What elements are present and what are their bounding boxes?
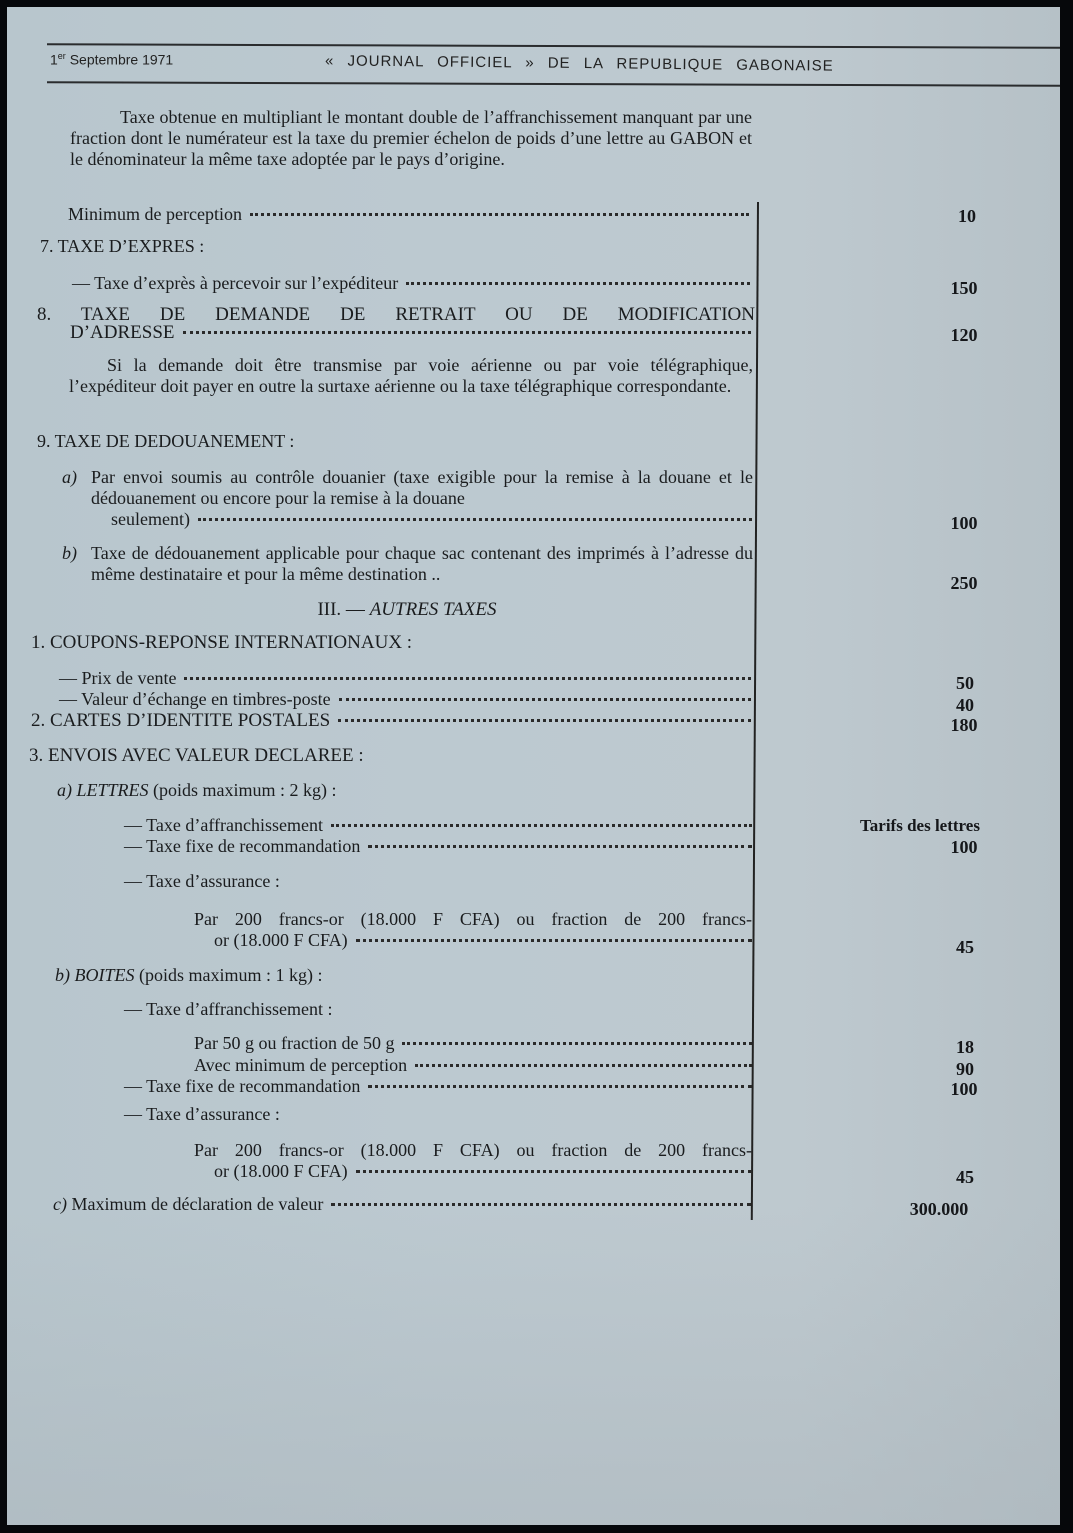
lettres-assurance-value: 45 bbox=[885, 937, 1045, 958]
date-month-year: Septembre 1971 bbox=[66, 52, 173, 68]
lettres-marker: a) bbox=[57, 780, 72, 800]
boites-heading: b) BOITES (poids maximum : 1 kg) : bbox=[55, 965, 323, 986]
lettres-heading: a) LETTRES (poids maximum : 2 kg) : bbox=[57, 780, 337, 801]
header-date: 1er Septembre 1971 bbox=[50, 51, 173, 68]
lettres-weight: (poids maximum : 2 kg) : bbox=[149, 780, 337, 800]
minimum-perception-value: 10 bbox=[887, 206, 1047, 227]
lettres-title: LETTRES bbox=[77, 780, 149, 800]
section-9-b-text: Taxe de dédouanement applicable pour cha… bbox=[91, 543, 753, 585]
dot-leader bbox=[368, 845, 752, 848]
coupon-prix-label: — Prix de vente bbox=[59, 668, 176, 689]
boites-minimum-label: Avec minimum de perception bbox=[194, 1055, 407, 1076]
boites-minimum-value: 90 bbox=[885, 1059, 1045, 1080]
maximum-declaration-value: 300.000 bbox=[859, 1199, 1019, 1220]
boites-minimum-row: Avec minimum de perception bbox=[194, 1055, 752, 1076]
header-rule-bottom bbox=[47, 81, 1060, 87]
lettres-assurance-row: or (18.000 F CFA) bbox=[214, 930, 752, 951]
boites-par50g-value: 18 bbox=[885, 1037, 1045, 1058]
lettres-affranchissement-label: — Taxe d’affranchissement bbox=[124, 815, 323, 836]
boites-assurance-label: — Taxe d’assurance : bbox=[124, 1104, 280, 1125]
boites-assurance-line1: Par 200 francs-or (18.000 F CFA) ou frac… bbox=[194, 1140, 752, 1161]
boites-assurance-line2: or (18.000 F CFA) bbox=[214, 1161, 348, 1182]
lettres-assurance-line1: Par 200 francs-or (18.000 F CFA) ou frac… bbox=[194, 909, 752, 930]
section-7-item-row: — Taxe d’exprès à percevoir sur l’expédi… bbox=[72, 273, 750, 294]
dot-leader bbox=[331, 1203, 751, 1206]
coupon-prix-value: 50 bbox=[885, 673, 1045, 694]
dot-leader bbox=[356, 1170, 752, 1173]
coupon-prix-row: — Prix de vente bbox=[59, 668, 751, 689]
dot-leader bbox=[356, 939, 752, 942]
lettres-assurance-label: — Taxe d’assurance : bbox=[124, 871, 280, 892]
dot-leader bbox=[183, 331, 751, 334]
part-3-s1-heading: 1. COUPONS-REPONSE INTERNATIONAUX : bbox=[31, 632, 412, 653]
section-9-heading: 9. TAXE DE DEDOUANEMENT : bbox=[37, 431, 294, 452]
dot-leader bbox=[331, 824, 752, 827]
maximum-declaration-text: Maximum de déclaration de valeur bbox=[71, 1194, 323, 1214]
date-ordinal: er bbox=[58, 51, 66, 61]
boites-par50g-label: Par 50 g ou fraction de 50 g bbox=[194, 1033, 394, 1054]
lettres-assurance-line2: or (18.000 F CFA) bbox=[214, 930, 348, 951]
maximum-declaration-label: c) Maximum de déclaration de valeur bbox=[53, 1194, 323, 1215]
journal-title: « JOURNAL OFFICIEL » DE LA REPUBLIQUE GA… bbox=[325, 52, 834, 74]
date-day: 1 bbox=[50, 52, 58, 68]
boites-weight: (poids maximum : 1 kg) : bbox=[135, 965, 323, 985]
section-9-a-text: Par envoi soumis au contrôle douanier (t… bbox=[91, 467, 753, 509]
boites-title: BOITES bbox=[75, 965, 135, 985]
section-9-b-value: 250 bbox=[884, 573, 1044, 594]
minimum-perception-row: Minimum de perception bbox=[68, 204, 749, 225]
lettres-recommandation-value: 100 bbox=[884, 837, 1044, 858]
dot-leader bbox=[184, 677, 751, 680]
cartes-identite-row: 2. CARTES D’IDENTITE POSTALES bbox=[31, 710, 751, 731]
cartes-identite-value: 180 bbox=[884, 715, 1044, 736]
boites-par50g-row: Par 50 g ou fraction de 50 g bbox=[194, 1033, 752, 1054]
section-9-a-text-body: Par envoi soumis au contrôle douanier (t… bbox=[91, 467, 753, 509]
minimum-perception-label: Minimum de perception bbox=[68, 204, 242, 225]
section-7-item-label: — Taxe d’exprès à percevoir sur l’expédi… bbox=[72, 273, 398, 294]
boites-affranchissement-label: — Taxe d’affranchissement : bbox=[124, 999, 333, 1020]
part-3-roman: III. — bbox=[317, 599, 369, 620]
boites-assurance-row: or (18.000 F CFA) bbox=[214, 1161, 752, 1182]
section-8-heading-cont: D’ADRESSE bbox=[70, 322, 175, 343]
dot-leader bbox=[406, 282, 750, 285]
lettres-recommandation-label: — Taxe fixe de recommandation bbox=[124, 836, 360, 857]
document-page: 1er Septembre 1971 « JOURNAL OFFICIEL » … bbox=[7, 7, 1060, 1525]
part-3-s3-heading: 3. ENVOIS AVEC VALEUR DECLAREE : bbox=[29, 745, 364, 766]
section-8-value: 120 bbox=[884, 325, 1044, 346]
boites-marker: b) bbox=[55, 965, 70, 985]
section-7-item-value: 150 bbox=[884, 278, 1044, 299]
maximum-declaration-marker: c) bbox=[53, 1194, 67, 1214]
cartes-identite-label: 2. CARTES D’IDENTITE POSTALES bbox=[31, 710, 330, 731]
section-9-a-marker: a) bbox=[62, 467, 77, 488]
dot-leader bbox=[250, 213, 749, 216]
maximum-declaration-row: c) Maximum de déclaration de valeur bbox=[53, 1194, 751, 1215]
header-rule-top bbox=[47, 43, 1060, 49]
section-9-a-value: 100 bbox=[884, 513, 1044, 534]
boites-assurance-value: 45 bbox=[885, 1167, 1045, 1188]
lettres-recommandation-row: — Taxe fixe de recommandation bbox=[124, 836, 752, 857]
dot-leader bbox=[368, 1085, 752, 1088]
part-3-title: III. — AUTRES TAXES bbox=[257, 599, 557, 620]
section-8-heading-row: D’ADRESSE bbox=[70, 322, 751, 343]
section-9-a-last: seulement) bbox=[111, 509, 190, 530]
boites-recommandation-value: 100 bbox=[884, 1079, 1044, 1100]
boites-recommandation-row: — Taxe fixe de recommandation bbox=[124, 1076, 752, 1097]
section-7-heading: 7. TAXE D’EXPRES : bbox=[40, 236, 204, 257]
lettres-affranchissement-row: — Taxe d’affranchissement bbox=[124, 815, 752, 836]
coupon-valeur-label: — Valeur d’échange en timbres-poste bbox=[59, 689, 331, 710]
dot-leader bbox=[198, 518, 752, 521]
coupon-valeur-row: — Valeur d’échange en timbres-poste bbox=[59, 689, 751, 710]
dot-leader bbox=[339, 698, 751, 701]
boites-recommandation-label: — Taxe fixe de recommandation bbox=[124, 1076, 360, 1097]
lettres-affranchissement-value: Tarifs des lettres bbox=[860, 815, 1030, 836]
coupon-valeur-value: 40 bbox=[885, 695, 1045, 716]
section-8-note: Si la demande doit être transmise par vo… bbox=[69, 355, 753, 397]
dot-leader bbox=[338, 719, 751, 722]
dot-leader bbox=[402, 1042, 752, 1045]
part-3-title-text: AUTRES TAXES bbox=[370, 599, 497, 620]
section-9-b-marker: b) bbox=[62, 543, 77, 564]
dot-leader bbox=[415, 1064, 752, 1067]
section-9-a-last-row: seulement) bbox=[111, 509, 752, 530]
intro-paragraph: Taxe obtenue en multipliant le montant d… bbox=[70, 107, 752, 170]
